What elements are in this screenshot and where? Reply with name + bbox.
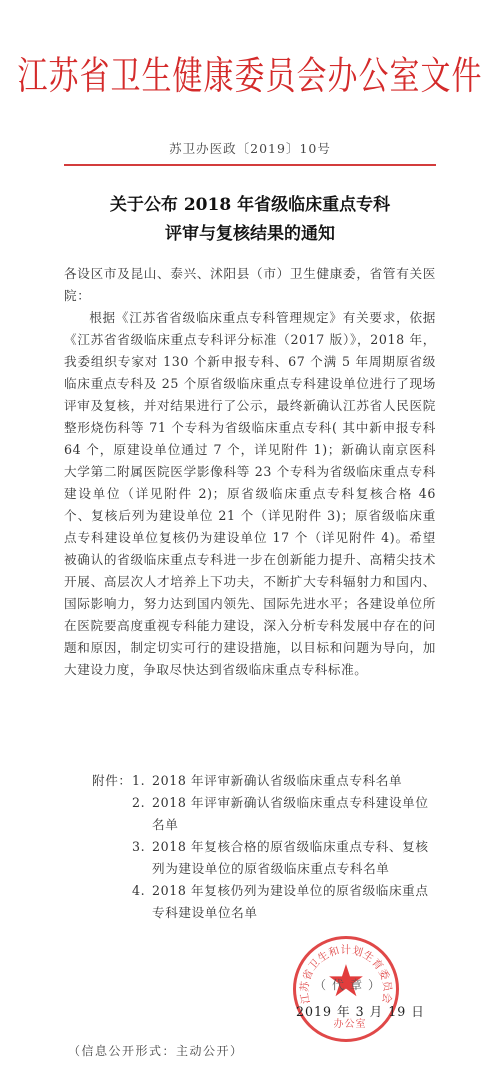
attachment-number: 3. [132,836,152,880]
attachment-number: 1. [132,770,152,792]
disclosure-note: （信息公开形式：主动公开） [68,1042,268,1059]
attachment-number: 2. [132,792,152,836]
attachments-list: 附件： 1. 2018 年评审新确认省级临床重点专科名单 2. 2018 年评审… [92,770,432,924]
indent-spacer [92,836,132,880]
attachment-item-4: 4. 2018 年复核仍列为建设单位的原省级临床重点专科建设单位名单 [92,880,432,924]
attachment-title: 2018 年复核仍列为建设单位的原省级临床重点专科建设单位名单 [152,880,432,924]
attachment-item-3: 3. 2018 年复核合格的原省级临床重点专科、复核列为建设单位的原省级临床重点… [92,836,432,880]
attachment-title: 2018 年复核合格的原省级临床重点专科、复核列为建设单位的原省级临床重点专科名… [152,836,432,880]
red-divider-line [64,164,436,166]
attachment-title: 2018 年评审新确认省级临床重点专科建设单位名单 [152,792,432,836]
attachment-item-1: 附件： 1. 2018 年评审新确认省级临床重点专科名单 [92,770,432,792]
attachment-number: 4. [132,880,152,924]
notice-title-line-2: 评审与复核结果的通知 [0,220,500,249]
body-paragraph: 根据《江苏省省级临床重点专科管理规定》有关要求，依据《江苏省省级临床重点专科评分… [64,307,436,681]
indent-spacer [92,880,132,924]
notice-title: 关于公布 2018 年省级临床重点专科 评审与复核结果的通知 [0,191,500,249]
addressee: 各设区市及昆山、泰兴、沭阳县（市）卫生健康委，省管有关医院： [64,263,436,307]
attachment-title: 2018 年评审新确认省级临床重点专科名单 [152,770,432,792]
indent-spacer [92,792,132,836]
seal-bottom-label: 办公室 [330,1015,370,1030]
seal-note: （代章） [300,976,400,993]
document-number: 苏卫办医政〔2019〕10号 [0,139,500,157]
notice-title-line-1: 关于公布 2018 年省级临床重点专科 [0,191,500,220]
issuing-authority-title: 江苏省卫生健康委员会办公室文件 [0,44,500,100]
attachments-label: 附件： [92,770,132,792]
attachment-item-2: 2. 2018 年评审新确认省级临床重点专科建设单位名单 [92,792,432,836]
